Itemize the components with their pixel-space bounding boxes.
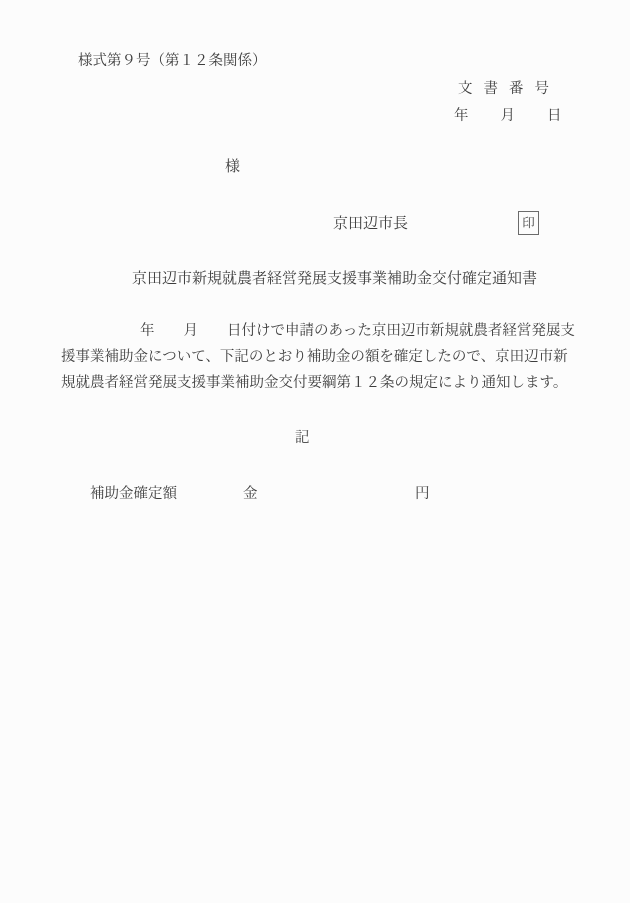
body-line: 援事業補助金について、下記のとおり補助金の額を確定したので、京田辺市新 <box>61 348 568 366</box>
form-number: 様式第９号（第１２条関係） <box>78 52 267 70</box>
document-number-label: 文書番号 <box>458 80 560 98</box>
addressee-suffix: 様 <box>225 157 240 176</box>
document-page: 様式第９号（第１２条関係） 文書番号 年 月 日 様 京田辺市長 印 京田辺市新… <box>0 0 630 903</box>
note-marker: 記 <box>295 429 310 447</box>
document-title: 京田辺市新規就農者経営発展支援事業補助金交付確定通知書 <box>132 269 537 288</box>
body-line: 規就農者経営発展支援事業補助金交付要綱第１２条の規定により通知します。 <box>61 374 567 392</box>
seal-label: 印 <box>522 217 535 230</box>
date-blank-line: 年 月 日 <box>454 107 563 125</box>
seal-box: 印 <box>518 211 539 235</box>
amount-currency-unit: 円 <box>415 485 430 503</box>
body-line: 年 月 日付けで申請のあった京田辺市新規就農者経営発展支 <box>140 322 575 340</box>
amount-label: 補助金確定額 <box>90 485 177 503</box>
sender-title: 京田辺市長 <box>333 214 408 233</box>
amount-currency-prefix: 金 <box>243 485 258 503</box>
